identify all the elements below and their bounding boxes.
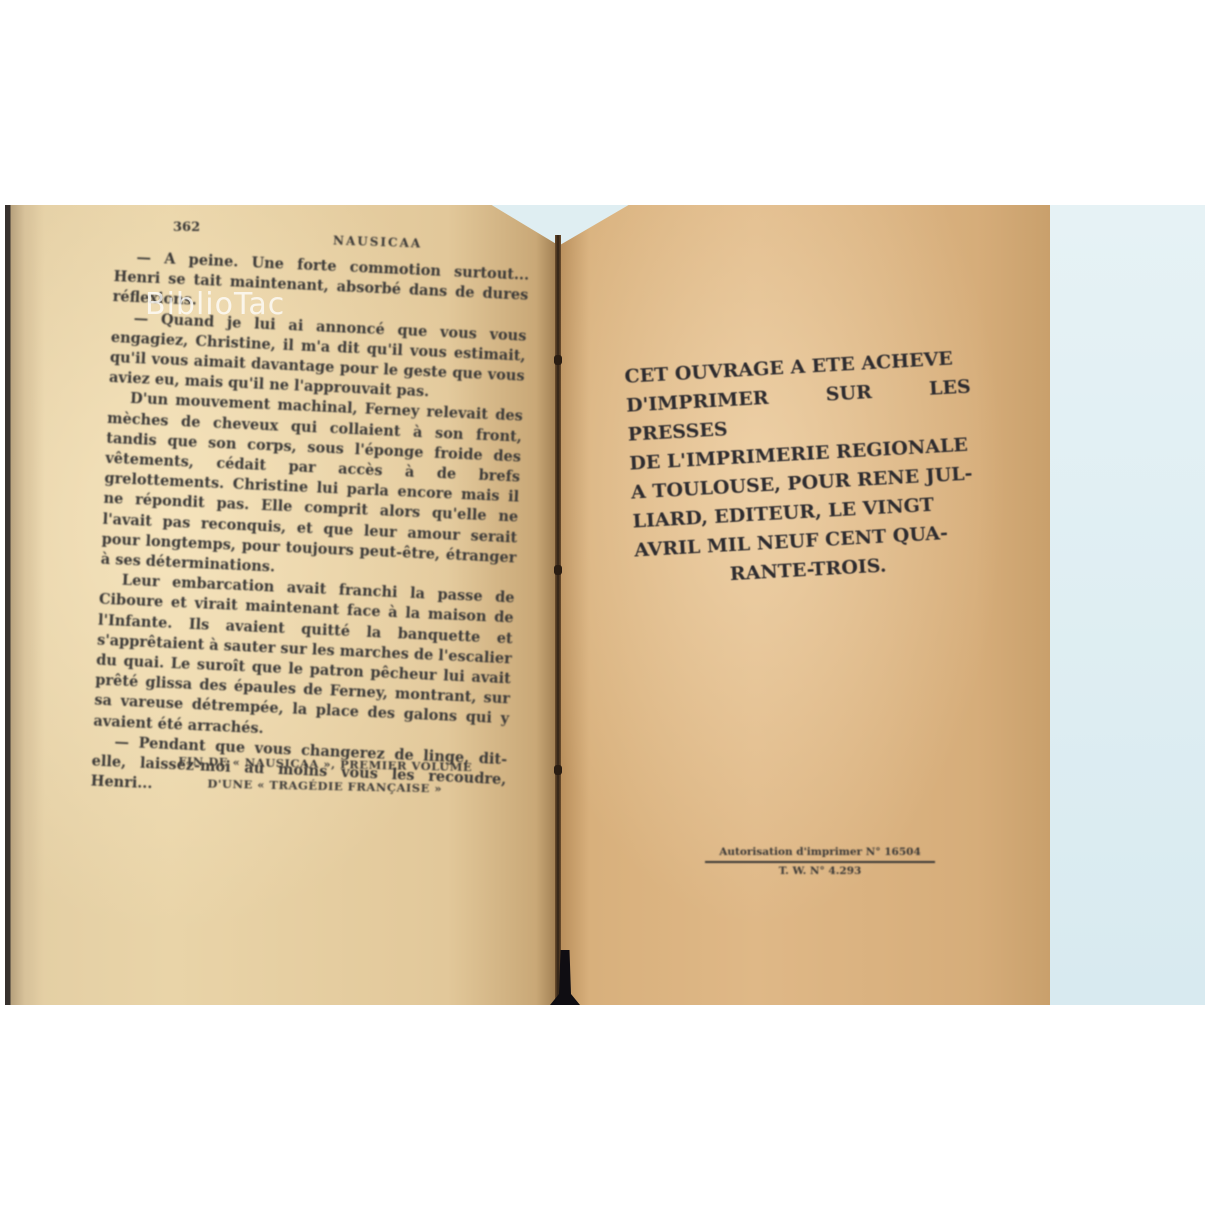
printing-authorization: Autorisation d'imprimer N° 16504 T. W. N… (705, 845, 935, 879)
background (1045, 205, 1205, 1005)
divider (705, 861, 935, 863)
end-of-volume-note: FIN DE « NAUSICAA », PREMIER VOLUME D'UN… (155, 749, 496, 800)
paragraph: D'un mouvement machinal, Ferney relevait… (100, 388, 523, 588)
book-gutter (555, 235, 561, 1005)
paragraph: Leur embarcation avait franchi la passe … (93, 570, 515, 750)
binding-stitch (554, 355, 562, 365)
print-reference: T. W. N° 4.293 (705, 864, 935, 879)
watermark: BiblioTac (145, 287, 285, 322)
page-stack-edge (5, 205, 45, 1005)
authorization-number: Autorisation d'imprimer N° 16504 (705, 845, 935, 860)
page-number: 362 (173, 220, 200, 235)
body-text: — A peine. Une forte commotion surtout..… (90, 247, 529, 811)
binding-stitch (554, 565, 562, 575)
book-photo: 362 NAUSICAA — A peine. Une forte commot… (5, 205, 1205, 1005)
binding-stitch (554, 765, 562, 775)
right-page (560, 205, 1050, 1005)
printer-colophon: CET OUVRAGE A ETE ACHEVE D'IMPRIMER SUR … (624, 344, 981, 595)
